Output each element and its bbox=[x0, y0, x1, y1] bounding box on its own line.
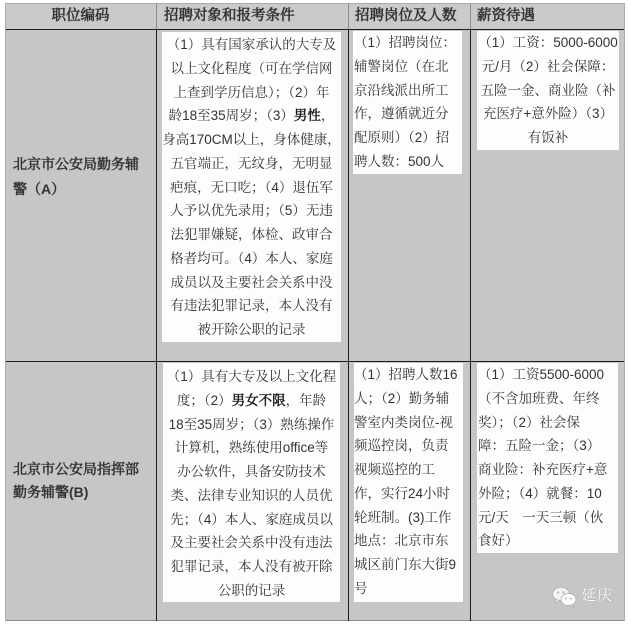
text-line: 五险一金、商业险（补 bbox=[477, 79, 619, 103]
header-column-divider bbox=[156, 3, 157, 29]
header-divider bbox=[5, 29, 625, 30]
column-divider bbox=[156, 29, 157, 621]
text-line: 类、法律专业知识的人员优 bbox=[163, 484, 340, 508]
text-line: 公职的记录 bbox=[163, 579, 340, 603]
text-line: 聘人数：500人 bbox=[354, 150, 462, 174]
text-line: 先；（4）本人、家庭成员以 bbox=[163, 508, 340, 532]
text-line: 法犯罪嫌疑，体检、政审合 bbox=[162, 223, 341, 247]
text-line: 视频巡控的工 bbox=[354, 458, 463, 482]
wechat-icon bbox=[552, 586, 577, 608]
header-column-divider bbox=[470, 3, 471, 29]
text-line: （不含加班费、年终 bbox=[478, 387, 618, 411]
text-line: 勤务辅警(B) bbox=[13, 481, 139, 504]
emphasis-text: 男女不限 bbox=[232, 393, 286, 408]
text-line: 身高170CM以上，身体健康， bbox=[162, 128, 341, 152]
text-line: 充医疗+意外险）（3） bbox=[477, 102, 619, 126]
text-line: 格者均可。（4）本人、家庭 bbox=[162, 247, 341, 271]
text-line: 有违法犯罪记录，本人没有 bbox=[162, 294, 341, 318]
text-line: 奖）；（2）社会保 bbox=[478, 411, 618, 435]
row-2-positions-count: （1）招聘人数16人；（2）勤务辅警室内类岗位-视频巡控岗，负责视频巡控的工作，… bbox=[354, 363, 463, 602]
text-line: 号 bbox=[354, 577, 463, 601]
text-line: 作，实行24小时 bbox=[354, 482, 463, 506]
text-line: 商业险：补充医疗+意 bbox=[478, 458, 618, 482]
text-line: 上查到学历信息）；（2）年 bbox=[162, 81, 341, 105]
row-2-requirements: （1）具有大专及以上文化程度；（2）男女不限，年龄18至35周岁；（3）熟练操作… bbox=[163, 363, 340, 602]
header-requirements: 招聘对象和报考条件 bbox=[164, 3, 346, 29]
text-line: （1）招聘人数16 bbox=[354, 363, 463, 387]
text-line: 成员以及主要社会关系中没 bbox=[162, 271, 341, 295]
text-line: 警室内类岗位-视 bbox=[354, 411, 463, 435]
text-line: （1）工资5500-6000 bbox=[478, 363, 618, 387]
text-line: 食好） bbox=[478, 529, 618, 553]
text-line: （1）具有大专及以上文化程 bbox=[163, 365, 340, 389]
text-line: 外险；（4）就餐：10 bbox=[478, 482, 618, 506]
text-line: 城区前门东大街9 bbox=[354, 553, 463, 577]
text-line: 辅警岗位（在北 bbox=[354, 55, 462, 79]
watermark-text: 延庆 bbox=[581, 587, 613, 605]
text-line: 犯罪记录，本人没有被开除 bbox=[163, 555, 340, 579]
text-line: 有饭补 bbox=[477, 126, 619, 150]
header-salary: 薪资待遇 bbox=[477, 3, 623, 29]
header-position-code: 职位编码 bbox=[5, 3, 156, 29]
text-line: 警（A） bbox=[13, 177, 139, 202]
row-1-positions-count: （1）招聘岗位：辅警岗位（在北京沿线派出所工作，遵循就近分配原则）（2）招聘人数… bbox=[353, 31, 462, 174]
text-line: 龄18至35周岁；（3）男性， bbox=[162, 104, 341, 128]
text-line: 疤痕，无口吃；（4）退伍军 bbox=[162, 176, 341, 200]
text-line: 配原则）（2）招 bbox=[354, 126, 462, 150]
text-line: 人予以优先录用；（5）无违 bbox=[162, 199, 341, 223]
text-line: 人；（2）勤务辅 bbox=[354, 387, 463, 411]
row-1-position-code: 北京市公安局勤务辅警（A） bbox=[13, 152, 139, 202]
text-line: 办公软件，具备安防技术 bbox=[163, 460, 340, 484]
text-line: 计算机，熟练使用office等 bbox=[163, 436, 340, 460]
text-line: 北京市公安局勤务辅 bbox=[13, 152, 139, 177]
table-border-right bbox=[624, 3, 625, 621]
row-divider bbox=[5, 361, 625, 362]
text-line: 地点：北京市东 bbox=[354, 529, 463, 553]
text-line: （1）招聘岗位： bbox=[354, 31, 462, 55]
table-border-bottom bbox=[5, 620, 625, 621]
text-line: （1）具有国家承认的大专及 bbox=[162, 33, 341, 57]
text-line: 五官端正，无纹身，无明显 bbox=[162, 152, 341, 176]
text-line: 作，遵循就近分 bbox=[354, 102, 462, 126]
text-line: 被开除公职的记录 bbox=[162, 318, 341, 342]
header-positions-count: 招聘岗位及人数 bbox=[355, 3, 468, 29]
text-line: 轮班制。(3)工作 bbox=[354, 506, 463, 530]
row-1-requirements: （1）具有国家承认的大专及以上文化程度（可在学信网上查到学历信息）；（2）年龄1… bbox=[162, 32, 341, 342]
column-divider bbox=[348, 29, 349, 621]
text-line: 18至35周岁；（3）熟练操作 bbox=[163, 413, 340, 437]
text-line: 京沿线派出所工 bbox=[354, 79, 462, 103]
emphasis-text: 男性 bbox=[294, 108, 321, 123]
text-line: 频巡控岗，负责 bbox=[354, 434, 463, 458]
row-1-salary: （1）工资：5000-6000元/月（2）社会保障：五险一金、商业险（补充医疗+… bbox=[477, 31, 619, 150]
table-border-left bbox=[5, 3, 6, 621]
text-line: （1）工资：5000-6000 bbox=[477, 31, 619, 55]
header-column-divider bbox=[348, 3, 349, 29]
text-line: 障：五险一金；（3） bbox=[478, 434, 618, 458]
row-2-position-code: 北京市公安局指挥部勤务辅警(B) bbox=[13, 458, 139, 504]
text-line: 及主要社会关系中没有违法 bbox=[163, 531, 340, 555]
text-line: 北京市公安局指挥部 bbox=[13, 458, 139, 481]
text-line: 元/月（2）社会保障： bbox=[477, 55, 619, 79]
text-line: 以上文化程度（可在学信网 bbox=[162, 57, 341, 81]
column-divider bbox=[470, 29, 471, 621]
row-2-salary: （1）工资5500-6000（不含加班费、年终奖）；（2）社会保障：五险一金；（… bbox=[477, 363, 618, 553]
page: 职位编码 招聘对象和报考条件 招聘岗位及人数 薪资待遇 北京市公安局勤务辅警（A… bbox=[0, 0, 632, 625]
text-line: 元/天 一天三顿（伙 bbox=[478, 506, 618, 530]
text-line: 度；（2）男女不限，年龄 bbox=[163, 389, 340, 413]
table-border-top bbox=[5, 3, 625, 4]
